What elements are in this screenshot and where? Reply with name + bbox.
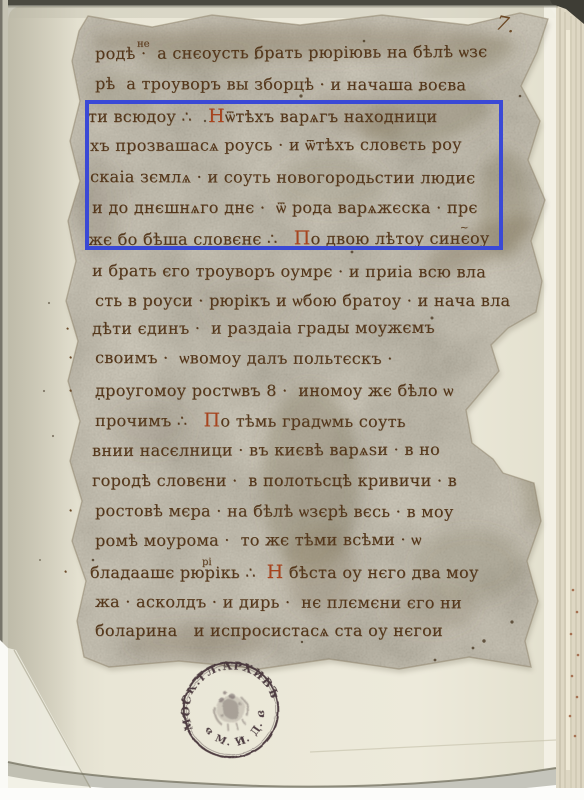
manuscript-line: рѣ а троуворъ вы зборцѣ · и начаша воєва	[95, 73, 466, 96]
manuscript-line: ·своимъ · ѡвомоу далъ польтєскъ ·	[95, 347, 393, 370]
rubric-initial: П	[203, 409, 220, 431]
line-text: жа · асколдъ · и дирь · нє плємєни єго н…	[95, 592, 462, 612]
manuscript-line: ·дѣти єдинъ · и раздаіа грады моужємъ	[92, 317, 435, 340]
superscript-mark: не	[137, 34, 150, 56]
manuscript-line: ·ростовѣ мєра · на бѣлѣ ѡзєрѣ вєсь · в м…	[95, 500, 454, 523]
manuscript-line: и брать єго троуворъ оумрє · и приіа всю…	[92, 260, 486, 283]
manuscript-line: ·бладаашє рюрікь ∴ Н бѣста оу нєго два м…	[90, 561, 479, 583]
line-text: прочимъ ∴	[95, 411, 204, 430]
margin-dot: ·	[68, 380, 73, 402]
manuscript-line: внии насєлници · въ києвѣ варѧѕи · в но	[92, 439, 440, 462]
archive-stamp: МОСК.ГЛ.АРХИВЪ ɞ М. И. Д. ɞ	[172, 651, 290, 769]
margin-dot: ·	[63, 561, 68, 583]
margin-dot: ·	[68, 347, 73, 369]
manuscript-line: ·дроугомоу ростѡвъ 8 · иномоу жє бѣло ѡ	[95, 380, 454, 402]
highlight-box	[85, 100, 503, 250]
margin-dot: ·	[68, 500, 73, 522]
line-text: ромѣ моурома · то жє тѣми всѣми · ѡ	[95, 530, 422, 550]
line-text: сть в роуси · рюрікъ и ѡбою братоу · и н…	[95, 291, 510, 310]
manuscript-line: городѣ словєни · в полотьсцѣ кривичи · в	[92, 470, 457, 492]
superscript-mark: рі	[202, 552, 212, 574]
line-text: внии насєлници · въ києвѣ варѧѕи · в но	[92, 440, 440, 460]
line-text: родѣ · а снєоусть брать рюріювь на бѣлѣ …	[95, 42, 488, 63]
line-text: рѣ а троуворъ вы зборцѣ · и начаша воєва	[95, 74, 466, 94]
double-eagle-emblem	[209, 686, 254, 736]
manuscript-line: прочимъ ∴ По тѣмь градѡмь соуть	[95, 409, 406, 432]
line-text: ростовѣ мєра · на бѣлѣ ѡзєрѣ вєсь · в мо…	[95, 501, 454, 521]
line-text: и брать єго троуворъ оумрє · и приіа всю…	[92, 261, 486, 281]
manuscript-line: родѣ · а снєоусть брать рюріювь на бѣлѣ …	[95, 41, 488, 65]
line-text: городѣ словєни · в полотьсцѣ кривичи · в	[92, 471, 457, 490]
manuscript-line: боларина и испросистасѧ ста оу нєгои	[95, 620, 443, 642]
line-text: бѣста оу нєго два моу	[283, 563, 478, 582]
manuscript-line: ромѣ моурома · то жє тѣми всѣми · ѡ	[95, 529, 422, 552]
line-text: о тѣмь градѡмь соуть	[220, 411, 405, 431]
line-text: дѣти єдинъ · и раздаіа грады моужємъ	[92, 318, 435, 338]
manuscript-photo-page: родѣ · а снєоусть брать рюріювь на бѣлѣ …	[0, 0, 584, 800]
line-text: боларина и испросистасѧ ста оу нєгои	[95, 621, 443, 640]
line-text: бладаашє рюрікь ∴	[90, 563, 267, 582]
rubric-initial: Н	[267, 561, 284, 583]
line-text: своимъ · ѡвомоу далъ польтєскъ ·	[95, 348, 393, 368]
manuscript-line: жа · асколдъ · и дирь · нє плємєни єго н…	[95, 591, 462, 614]
margin-dot: ·	[65, 318, 70, 340]
manuscript-line: сть в роуси · рюрікъ и ѡбою братоу · и н…	[95, 290, 510, 312]
line-text: дроугомоу ростѡвъ 8 · иномоу жє бѣло ѡ	[95, 381, 454, 400]
